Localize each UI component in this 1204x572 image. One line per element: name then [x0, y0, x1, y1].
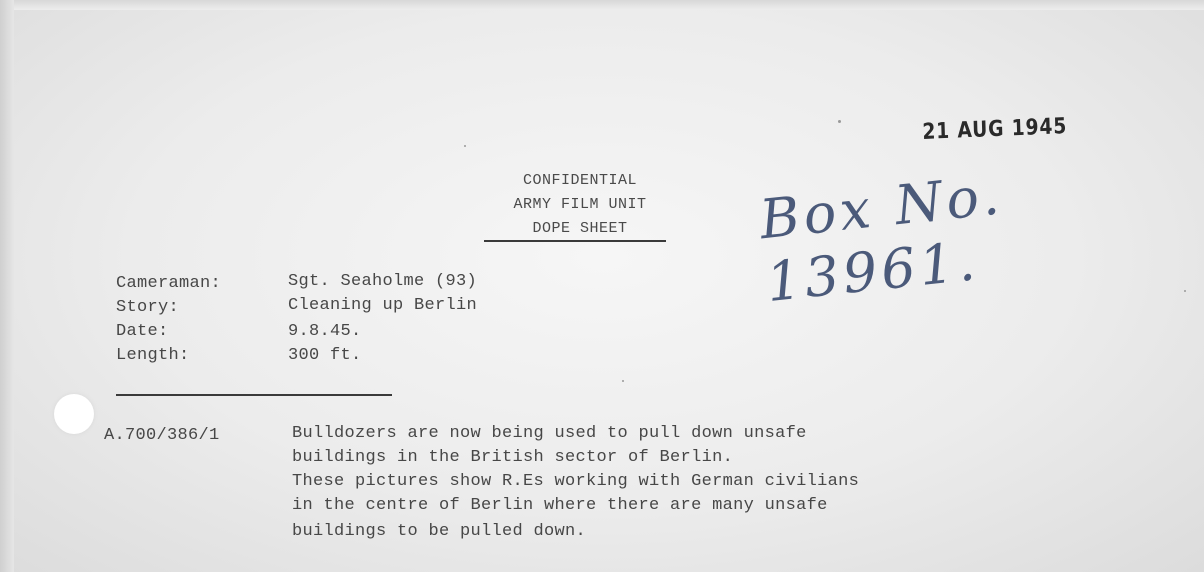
field-value-story: Cleaning up Berlin: [288, 296, 477, 315]
field-label-story: Story:: [116, 298, 179, 317]
field-value-date: 9.8.45.: [288, 322, 362, 341]
paper-speck: [622, 380, 624, 382]
punch-hole: [54, 394, 94, 434]
dope-sheet-document: CONFIDENTIAL ARMY FILM UNIT DOPE SHEET 2…: [0, 0, 1204, 572]
entry-reference: A.700/386/1: [104, 426, 220, 445]
field-label-length: Length:: [116, 346, 190, 365]
field-value-length: 300 ft.: [288, 346, 362, 365]
field-value-cameraman: Sgt. Seaholme (93): [288, 272, 477, 291]
header-army-film-unit: ARMY FILM UNIT: [470, 196, 690, 213]
handwritten-box-number: Box No. 13961.: [757, 143, 1202, 314]
paper-left-edge: [0, 0, 14, 572]
description-line: buildings in the British sector of Berli…: [292, 448, 733, 467]
paper-speck: [1184, 290, 1186, 292]
paper-speck: [838, 120, 841, 123]
header-underline: [484, 240, 666, 242]
paper-speck: [464, 145, 466, 147]
date-received-stamp: 21 AUG 1945: [922, 114, 1068, 145]
description-line: Bulldozers are now being used to pull do…: [292, 424, 807, 443]
field-label-cameraman: Cameraman:: [116, 274, 221, 293]
section-divider: [116, 394, 392, 396]
description-line: These pictures show R.Es working with Ge…: [292, 472, 859, 491]
field-label-date: Date:: [116, 322, 169, 341]
header-dope-sheet: DOPE SHEET: [470, 220, 690, 237]
description-line: in the centre of Berlin where there are …: [292, 496, 828, 515]
description-line: buildings to be pulled down.: [292, 522, 586, 541]
header-confidential: CONFIDENTIAL: [470, 172, 690, 189]
paper-top-edge: [0, 0, 1204, 10]
